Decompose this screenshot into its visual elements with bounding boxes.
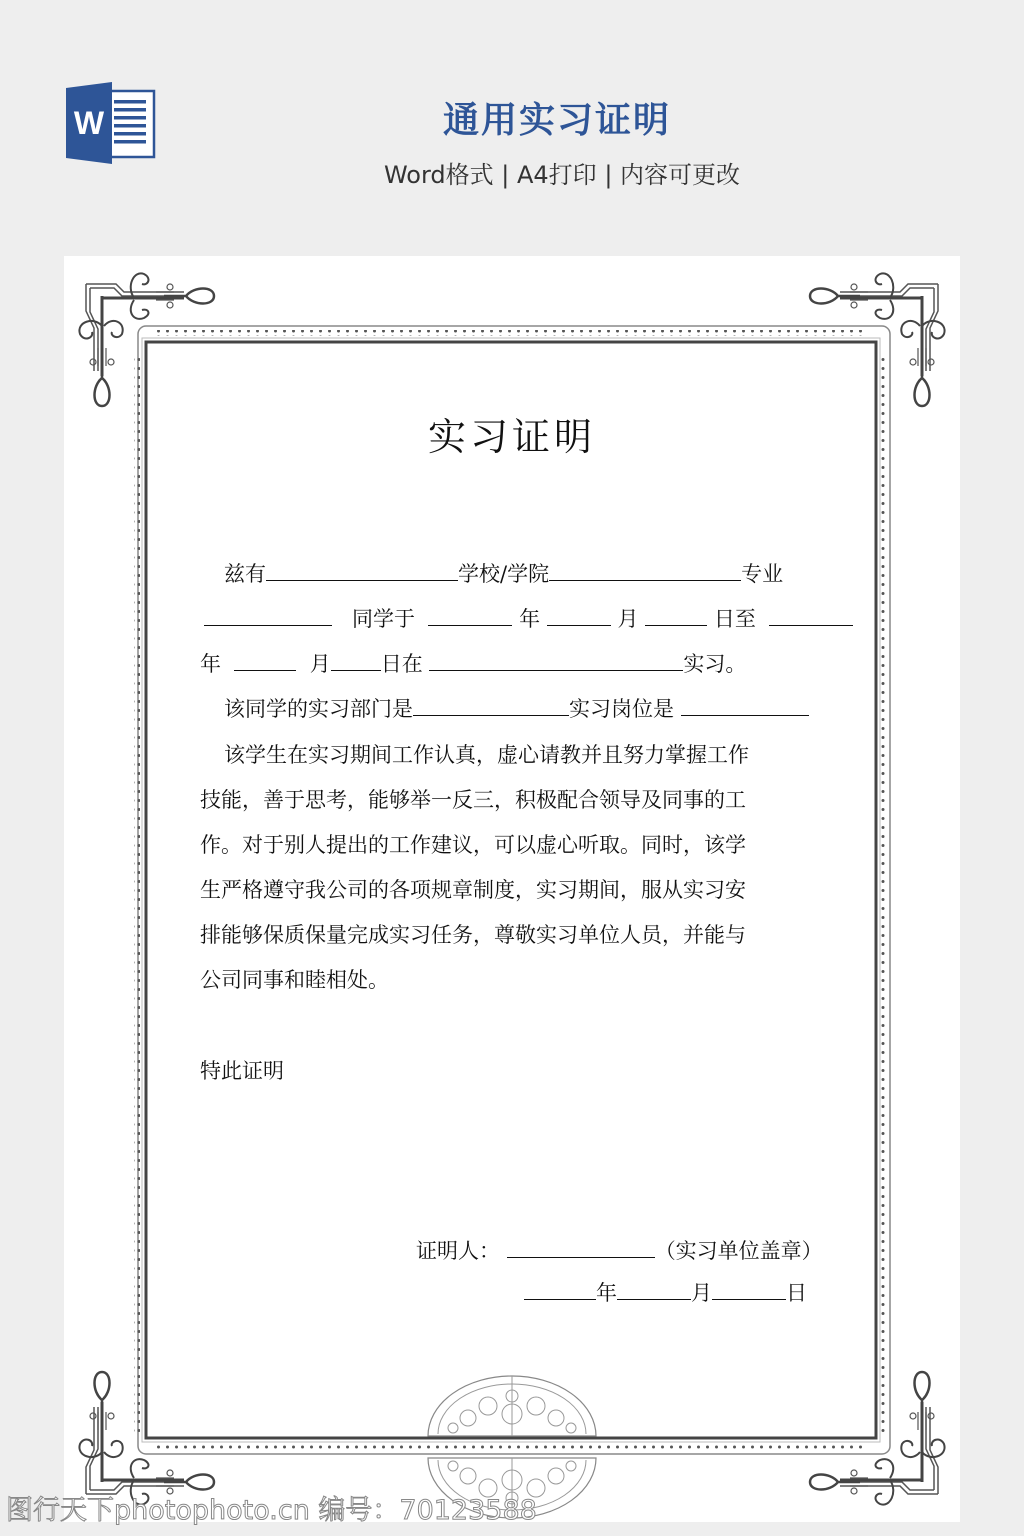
sign-year-field[interactable] — [524, 1279, 596, 1300]
label-text: 月 — [310, 652, 331, 676]
label-text: 年 — [519, 607, 540, 631]
school-name-field[interactable] — [266, 560, 458, 581]
paragraph-line: 技能，善于思考，能够举一反三，积极配合领导及同事的工 — [200, 784, 746, 814]
label-text: 月 — [617, 607, 638, 631]
start-year-field[interactable] — [428, 605, 512, 626]
label-text: 年 — [596, 1281, 617, 1305]
position-field[interactable] — [681, 695, 809, 716]
document-page: 实习证明 兹有学校/学院专业 同学于 年 月 日至 年 月日在 实习。 该同学的… — [64, 256, 960, 1522]
sign-day-field[interactable] — [712, 1279, 786, 1300]
company-field[interactable] — [429, 650, 683, 671]
label-text: 该同学的实习部门是 — [224, 697, 413, 721]
form-line-3: 年 月日在 实习。 — [200, 648, 746, 678]
major-field[interactable] — [549, 560, 741, 581]
signature-date-line: 年月日 — [524, 1277, 807, 1307]
form-line-4: 该同学的实习部门是实习岗位是 — [224, 693, 809, 723]
form-line-1: 兹有学校/学院专业 — [224, 558, 783, 588]
closing-text: 特此证明 — [200, 1055, 284, 1085]
start-month-field[interactable] — [547, 605, 611, 626]
label-text: 日至 — [714, 607, 756, 631]
paragraph-line: 排能够保质保量完成实习任务，尊敬实习单位人员，并能与 — [200, 919, 746, 949]
label-text: 兹有 — [224, 562, 266, 586]
label-text: 同学于 — [352, 607, 415, 631]
form-line-2: 同学于 年 月 日至 — [204, 603, 853, 633]
department-field[interactable] — [413, 695, 569, 716]
sign-month-field[interactable] — [617, 1279, 691, 1300]
label-text: 学校/学院 — [458, 562, 549, 586]
certifier-field[interactable] — [507, 1237, 655, 1258]
seal-note: （实习单位盖章） — [655, 1239, 823, 1263]
signature-line: 证明人： （实习单位盖章） — [416, 1235, 823, 1265]
banner-title: 通用实习证明 — [0, 92, 1024, 143]
paragraph-line: 公司同事和睦相处。 — [200, 964, 389, 994]
label-text: 年 — [200, 652, 221, 676]
label-text: 日在 — [381, 652, 423, 676]
paragraph-line: 作。对于别人提出的工作建议，可以虚心听取。同时，该学 — [200, 829, 746, 859]
end-year-field[interactable] — [769, 605, 853, 626]
end-month-field[interactable] — [234, 650, 296, 671]
student-name-field[interactable] — [204, 605, 332, 626]
signature-label: 证明人： — [416, 1239, 500, 1263]
document-title: 实习证明 — [64, 406, 960, 461]
label-text: 实习岗位是 — [569, 697, 674, 721]
end-day-field[interactable] — [331, 650, 381, 671]
watermark: 图行天下photophoto.cn 编号：70123588 — [6, 1488, 537, 1527]
paragraph-line: 生严格遵守我公司的各项规章制度，实习期间，服从实习安 — [200, 874, 746, 904]
banner-subtitle: Word格式 | A4打印 | 内容可更改 — [0, 155, 1024, 190]
label-text: 专业 — [741, 562, 783, 586]
label-text: 月 — [691, 1281, 712, 1305]
start-day-field[interactable] — [645, 605, 707, 626]
label-text: 日 — [786, 1281, 807, 1305]
label-text: 实习。 — [683, 652, 746, 676]
paragraph-line: 该学生在实习期间工作认真，虚心请教并且努力掌握工作 — [224, 739, 749, 769]
